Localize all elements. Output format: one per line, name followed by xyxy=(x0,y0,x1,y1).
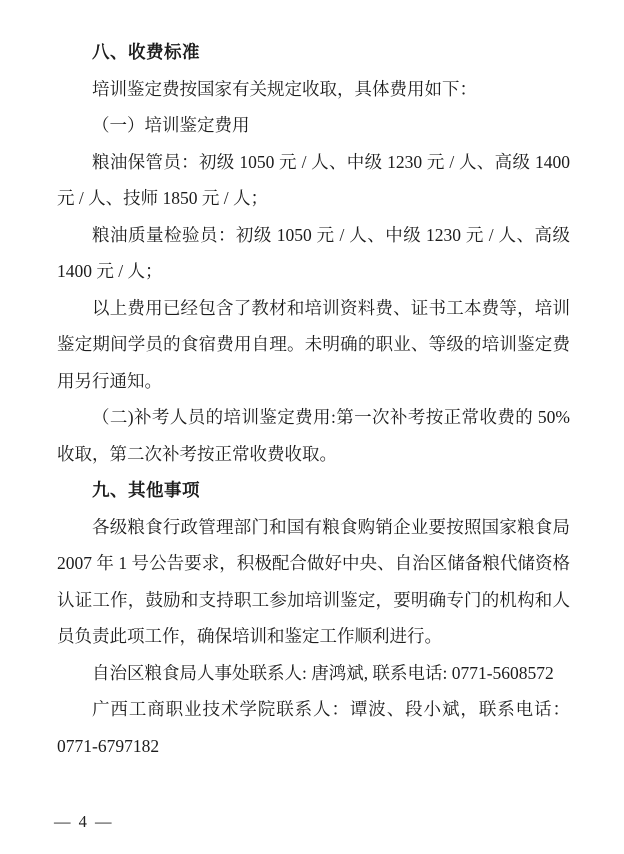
section-heading-fees: 八、收费标准 xyxy=(57,34,570,71)
section-heading-other: 九、其他事项 xyxy=(57,472,570,509)
document-page: 八、收费标准 培训鉴定费按国家有关规定收取，具体费用如下： （一）培训鉴定费用 … xyxy=(0,0,624,854)
contact-college-paragraph: 广西工商职业技术学院联系人：谭波、段小斌，联系电话：0771-6797182 xyxy=(57,691,570,764)
fee-grain-keeper-paragraph: 粮油保管员：初级 1050 元 / 人、中级 1230 元 / 人、高级 140… xyxy=(57,144,570,217)
document-body: 八、收费标准 培训鉴定费按国家有关规定收取，具体费用如下： （一）培训鉴定费用 … xyxy=(0,0,624,764)
fees-retake-paragraph: （二)补考人员的培训鉴定费用:第一次补考按正常收费的 50%收取，第二次补考按正… xyxy=(57,399,570,472)
fee-grain-inspector-paragraph: 粮油质量检验员：初级 1050 元 / 人、中级 1230 元 / 人、高级 1… xyxy=(57,217,570,290)
fees-intro-paragraph: 培训鉴定费按国家有关规定收取，具体费用如下： xyxy=(57,71,570,108)
contact-grain-bureau-paragraph: 自治区粮食局人事处联系人: 唐鸿斌, 联系电话: 0771-5608572 xyxy=(57,655,570,692)
page-number: — 4 — xyxy=(54,812,114,832)
fees-subsection-1-title: （一）培训鉴定费用 xyxy=(57,107,570,144)
other-body-paragraph: 各级粮食行政管理部门和国有粮食购销企业要按照国家粮食局 2007 年 1 号公告… xyxy=(57,509,570,655)
fees-note-paragraph: 以上费用已经包含了教材和培训资料费、证书工本费等，培训鉴定期间学员的食宿费用自理… xyxy=(57,290,570,400)
